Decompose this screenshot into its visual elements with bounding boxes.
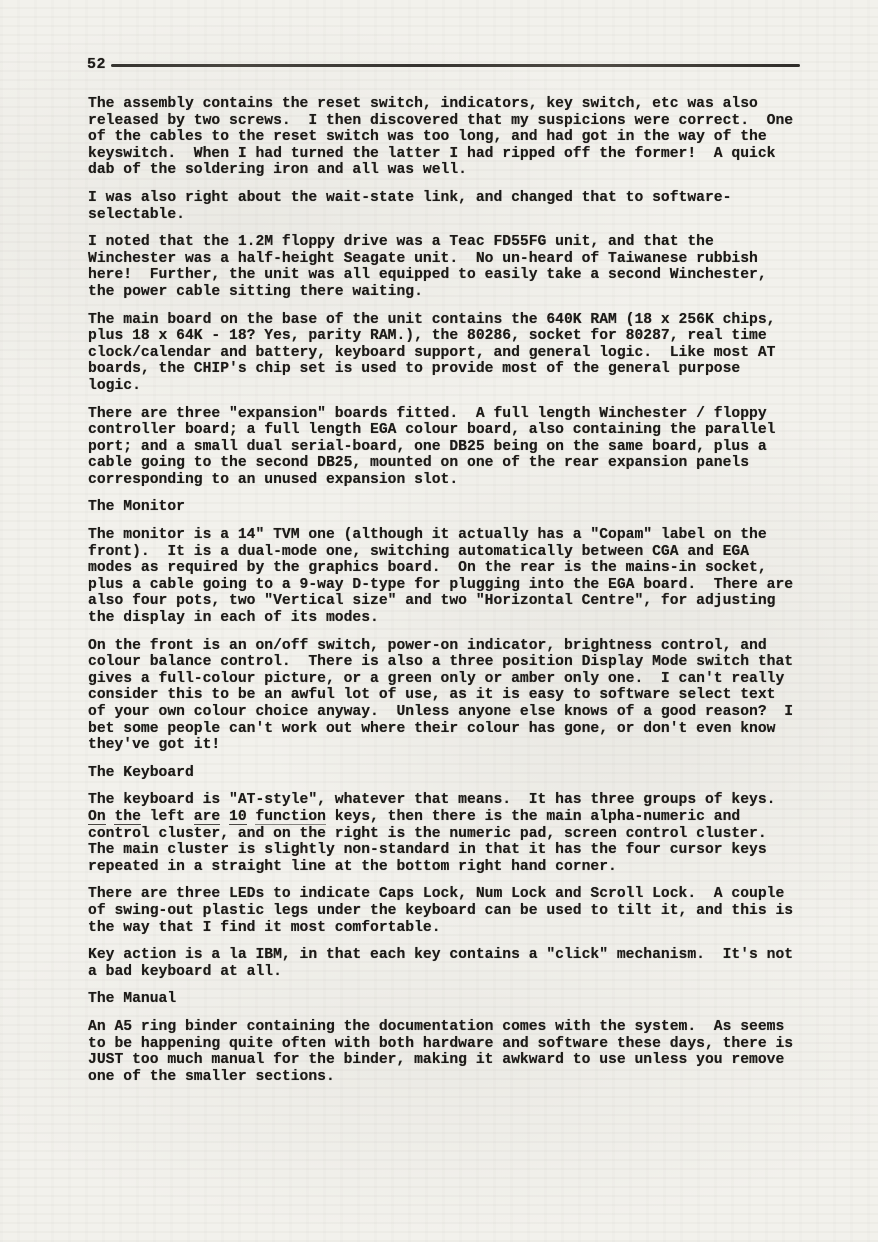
paragraph-keyboard-layout-wrap: The keyboard is "AT-style", whatever tha… xyxy=(88,792,803,875)
paragraph-keyboard-layout: The keyboard is "AT-style", whatever tha… xyxy=(88,792,803,875)
scan-underline-artifact xyxy=(229,824,247,825)
paragraph-expansion-boards: There are three "expansion" boards fitte… xyxy=(88,406,803,489)
scan-underline-artifact xyxy=(88,824,106,825)
section-heading-keyboard: The Keyboard xyxy=(88,765,803,782)
paragraph-keyboard-leds: There are three LEDs to indicate Caps Lo… xyxy=(88,886,803,936)
paragraph-wait-state: I was also right about the wait-state li… xyxy=(88,190,803,223)
paragraph-monitor-rear: The monitor is a 14" TVM one (although i… xyxy=(88,527,803,627)
scan-underline-artifact xyxy=(194,824,220,825)
section-heading-monitor: The Monitor xyxy=(88,499,803,516)
article-body: The assembly contains the reset switch, … xyxy=(88,96,803,1096)
header-rule xyxy=(111,64,800,67)
paragraph-manual: An A5 ring binder containing the documen… xyxy=(88,1019,803,1085)
scan-underline-artifact xyxy=(114,824,140,825)
scan-underline-artifact xyxy=(255,824,326,825)
paragraph-drives: I noted that the 1.2M floppy drive was a… xyxy=(88,234,803,300)
paragraph-main-board: The main board on the base of the unit c… xyxy=(88,312,803,395)
paragraph-monitor-front: On the front is an on/off switch, power-… xyxy=(88,638,803,754)
paragraph-key-action: Key action is a la IBM, in that each key… xyxy=(88,947,803,980)
paragraph-assembly: The assembly contains the reset switch, … xyxy=(88,96,803,179)
page-number: 52 xyxy=(87,56,106,73)
scanned-page: 52 The assembly contains the reset switc… xyxy=(0,0,878,1242)
section-heading-manual: The Manual xyxy=(88,991,803,1008)
